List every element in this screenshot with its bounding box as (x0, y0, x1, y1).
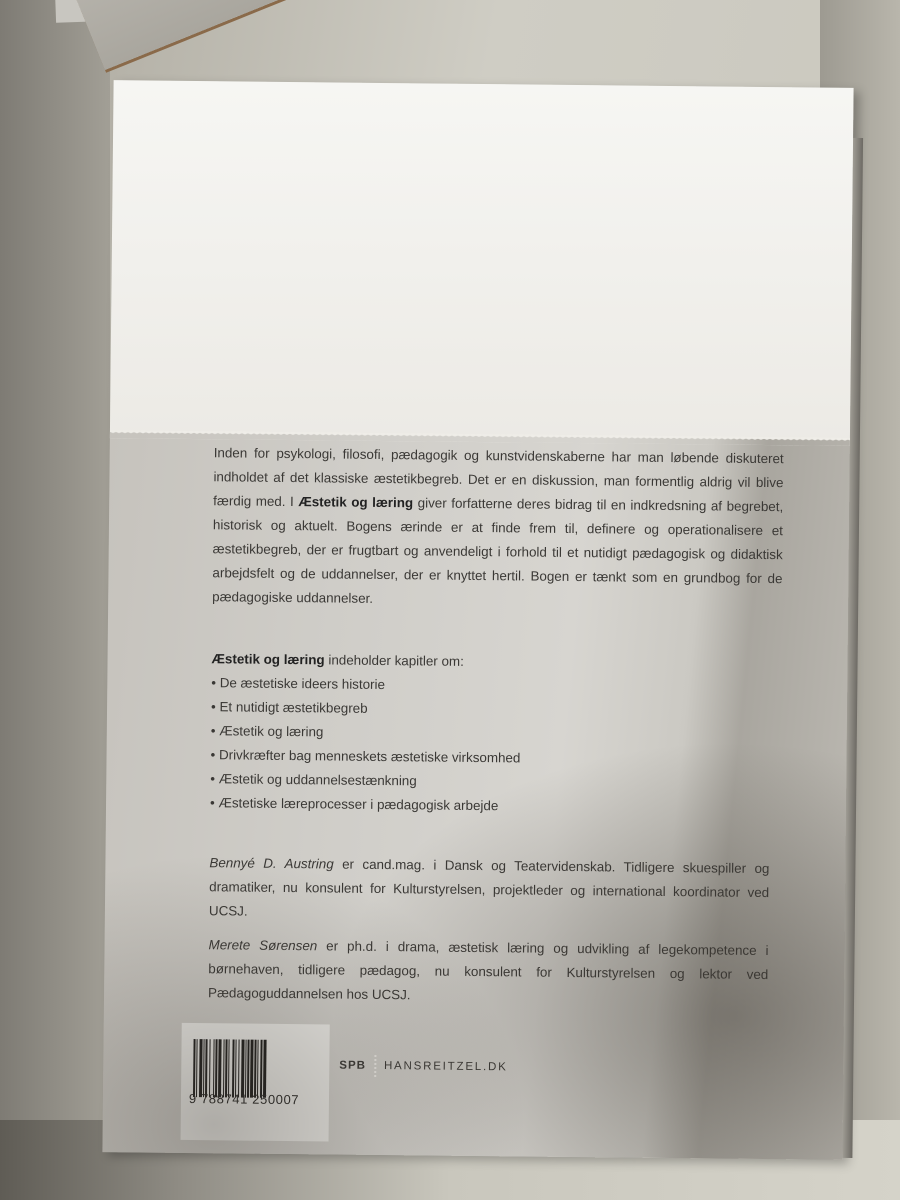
author-bio: Bennyé D. Austring er cand.mag. i Dansk … (209, 851, 770, 929)
author-name: Bennyé D. Austring (209, 855, 333, 871)
author-bio: Merete Sørensen er ph.d. i drama, æsteti… (208, 933, 769, 1011)
barcode-icon (193, 1039, 312, 1098)
divider (374, 1055, 376, 1077)
book-title-inline: Æstetik og læring (212, 651, 325, 667)
publisher-imprint: SPB (339, 1060, 366, 1072)
chapter-item: Æstetiske læreprocesser i pædagogisk arb… (210, 791, 780, 821)
background-surface-left (0, 0, 110, 1200)
blurb: Inden for psykologi, filosofi, pædagogik… (212, 441, 784, 615)
blurb-paragraph: Inden for psykologi, filosofi, pædagogik… (212, 441, 784, 615)
background-book (56, 0, 411, 70)
publisher-mark: SPB HANSREITZEL.DK (339, 1055, 507, 1079)
isbn-barcode-label: 9 788741 250007 (181, 1023, 330, 1142)
chapter-list: Æstetik og læring indeholder kapitler om… (210, 647, 782, 821)
isbn-digits: 9 788741 250007 (189, 1091, 299, 1107)
cover-text: Inden for psykologi, filosofi, pædagogik… (208, 441, 784, 1021)
cover-white-panel (110, 80, 854, 446)
book-back-cover: Inden for psykologi, filosofi, pædagogik… (102, 80, 853, 1160)
publisher-website: HANSREITZEL.DK (384, 1060, 508, 1073)
author-bios: Bennyé D. Austring er cand.mag. i Dansk … (208, 851, 770, 1011)
author-name: Merete Sørensen (209, 937, 318, 953)
book-title-inline: Æstetik og læring (298, 494, 413, 510)
